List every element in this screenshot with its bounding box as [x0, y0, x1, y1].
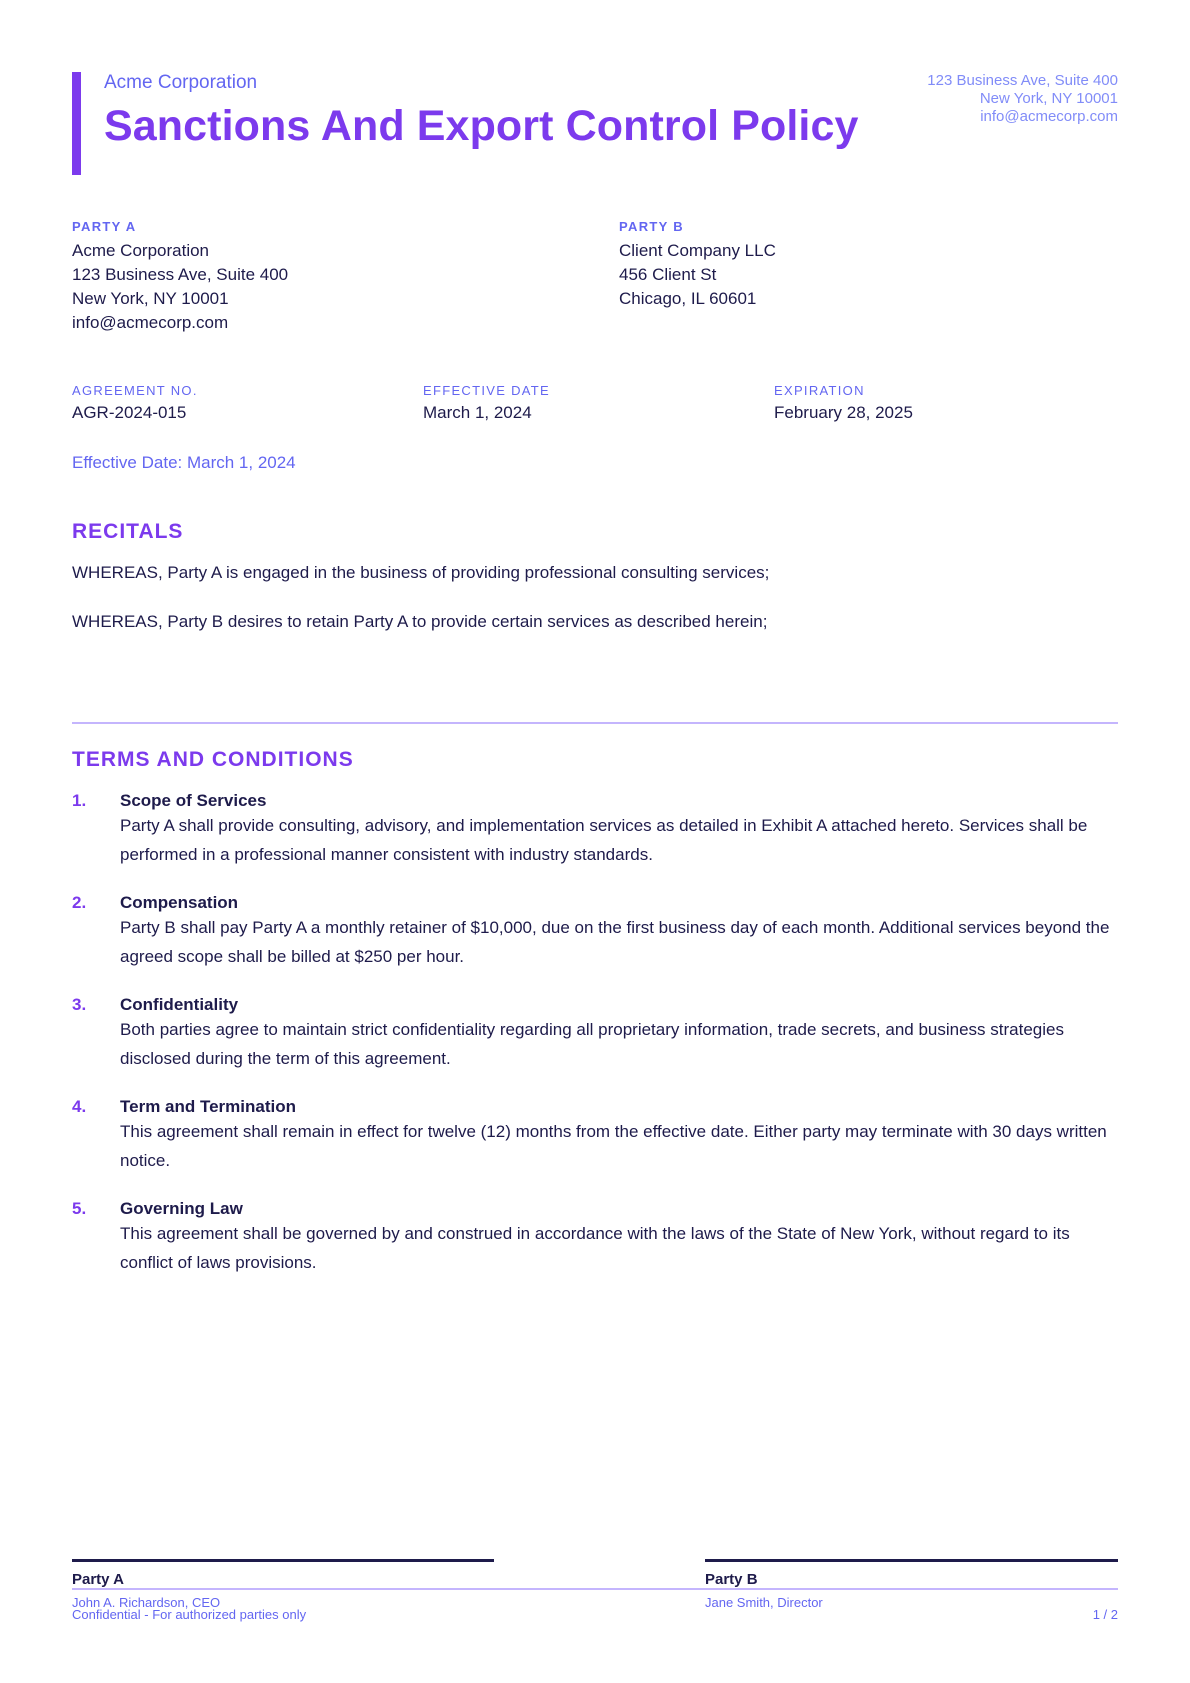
party-b-block: PARTY B Client Company LLC 456 Client St…	[619, 219, 776, 311]
party-a-line: New York, NY 10001	[72, 287, 288, 311]
meta-label: EFFECTIVE DATE	[423, 383, 550, 398]
party-a-line: Acme Corporation	[72, 239, 288, 263]
meta-value: March 1, 2024	[423, 403, 550, 423]
signature-label-party-b: Party B	[705, 1571, 758, 1588]
party-b-label: PARTY B	[619, 219, 776, 234]
header-email: info@acmecorp.com	[927, 108, 1118, 126]
term-title: Term and Termination	[120, 1097, 296, 1117]
company-name: Acme Corporation	[104, 72, 257, 94]
footer-rule	[72, 1588, 1118, 1590]
party-b-line: Client Company LLC	[619, 239, 776, 263]
term-number: 2.	[72, 893, 86, 913]
signature-line-party-b	[705, 1559, 1118, 1562]
term-body: Both parties agree to maintain strict co…	[120, 1016, 1118, 1073]
confidential-notice: Confidential - For authorized parties on…	[72, 1607, 306, 1622]
signature-line-party-a	[72, 1559, 494, 1562]
term-body: Party B shall pay Party A a monthly reta…	[120, 914, 1118, 971]
meta-effective-date: EFFECTIVE DATE March 1, 2024	[423, 383, 550, 423]
header-accent-bar	[72, 72, 81, 175]
party-a-line: 123 Business Ave, Suite 400	[72, 263, 288, 287]
party-b-line: 456 Client St	[619, 263, 776, 287]
party-b-line: Chicago, IL 60601	[619, 287, 776, 311]
party-a-block: PARTY A Acme Corporation 123 Business Av…	[72, 219, 288, 335]
recital-item: WHEREAS, Party A is engaged in the busin…	[72, 563, 769, 583]
section-divider	[72, 722, 1118, 724]
term-body: Party A shall provide consulting, adviso…	[120, 812, 1118, 869]
header-address: 123 Business Ave, Suite 400 New York, NY…	[927, 72, 1118, 126]
term-number: 3.	[72, 995, 86, 1015]
party-a-label: PARTY A	[72, 219, 288, 234]
recitals-heading: RECITALS	[72, 520, 183, 544]
term-number: 1.	[72, 791, 86, 811]
term-number: 5.	[72, 1199, 86, 1219]
page-number: 1 / 2	[1093, 1607, 1118, 1622]
signature-label-party-a: Party A	[72, 1571, 124, 1588]
term-title: Scope of Services	[120, 791, 266, 811]
term-body: This agreement shall remain in effect fo…	[120, 1118, 1118, 1175]
party-a-line: info@acmecorp.com	[72, 311, 288, 335]
page-title: Sanctions And Export Control Policy	[104, 102, 858, 151]
meta-label: AGREEMENT NO.	[72, 383, 198, 398]
terms-heading: TERMS AND CONDITIONS	[72, 748, 354, 772]
meta-label: EXPIRATION	[774, 383, 913, 398]
term-title: Governing Law	[120, 1199, 243, 1219]
term-number: 4.	[72, 1097, 86, 1117]
term-title: Confidentiality	[120, 995, 238, 1015]
header-address-line: 123 Business Ave, Suite 400	[927, 72, 1118, 90]
meta-agreement-no: AGREEMENT NO. AGR-2024-015	[72, 383, 198, 423]
meta-value: AGR-2024-015	[72, 403, 198, 423]
effective-date-note: Effective Date: March 1, 2024	[72, 453, 296, 473]
term-title: Compensation	[120, 893, 238, 913]
meta-expiration: EXPIRATION February 28, 2025	[774, 383, 913, 423]
header-address-line: New York, NY 10001	[927, 90, 1118, 108]
party-b-details: Client Company LLC 456 Client St Chicago…	[619, 239, 776, 311]
signatory-party-b: Jane Smith, Director	[705, 1595, 823, 1610]
meta-value: February 28, 2025	[774, 403, 913, 423]
party-a-details: Acme Corporation 123 Business Ave, Suite…	[72, 239, 288, 335]
recital-item: WHEREAS, Party B desires to retain Party…	[72, 612, 767, 632]
term-body: This agreement shall be governed by and …	[120, 1220, 1118, 1277]
